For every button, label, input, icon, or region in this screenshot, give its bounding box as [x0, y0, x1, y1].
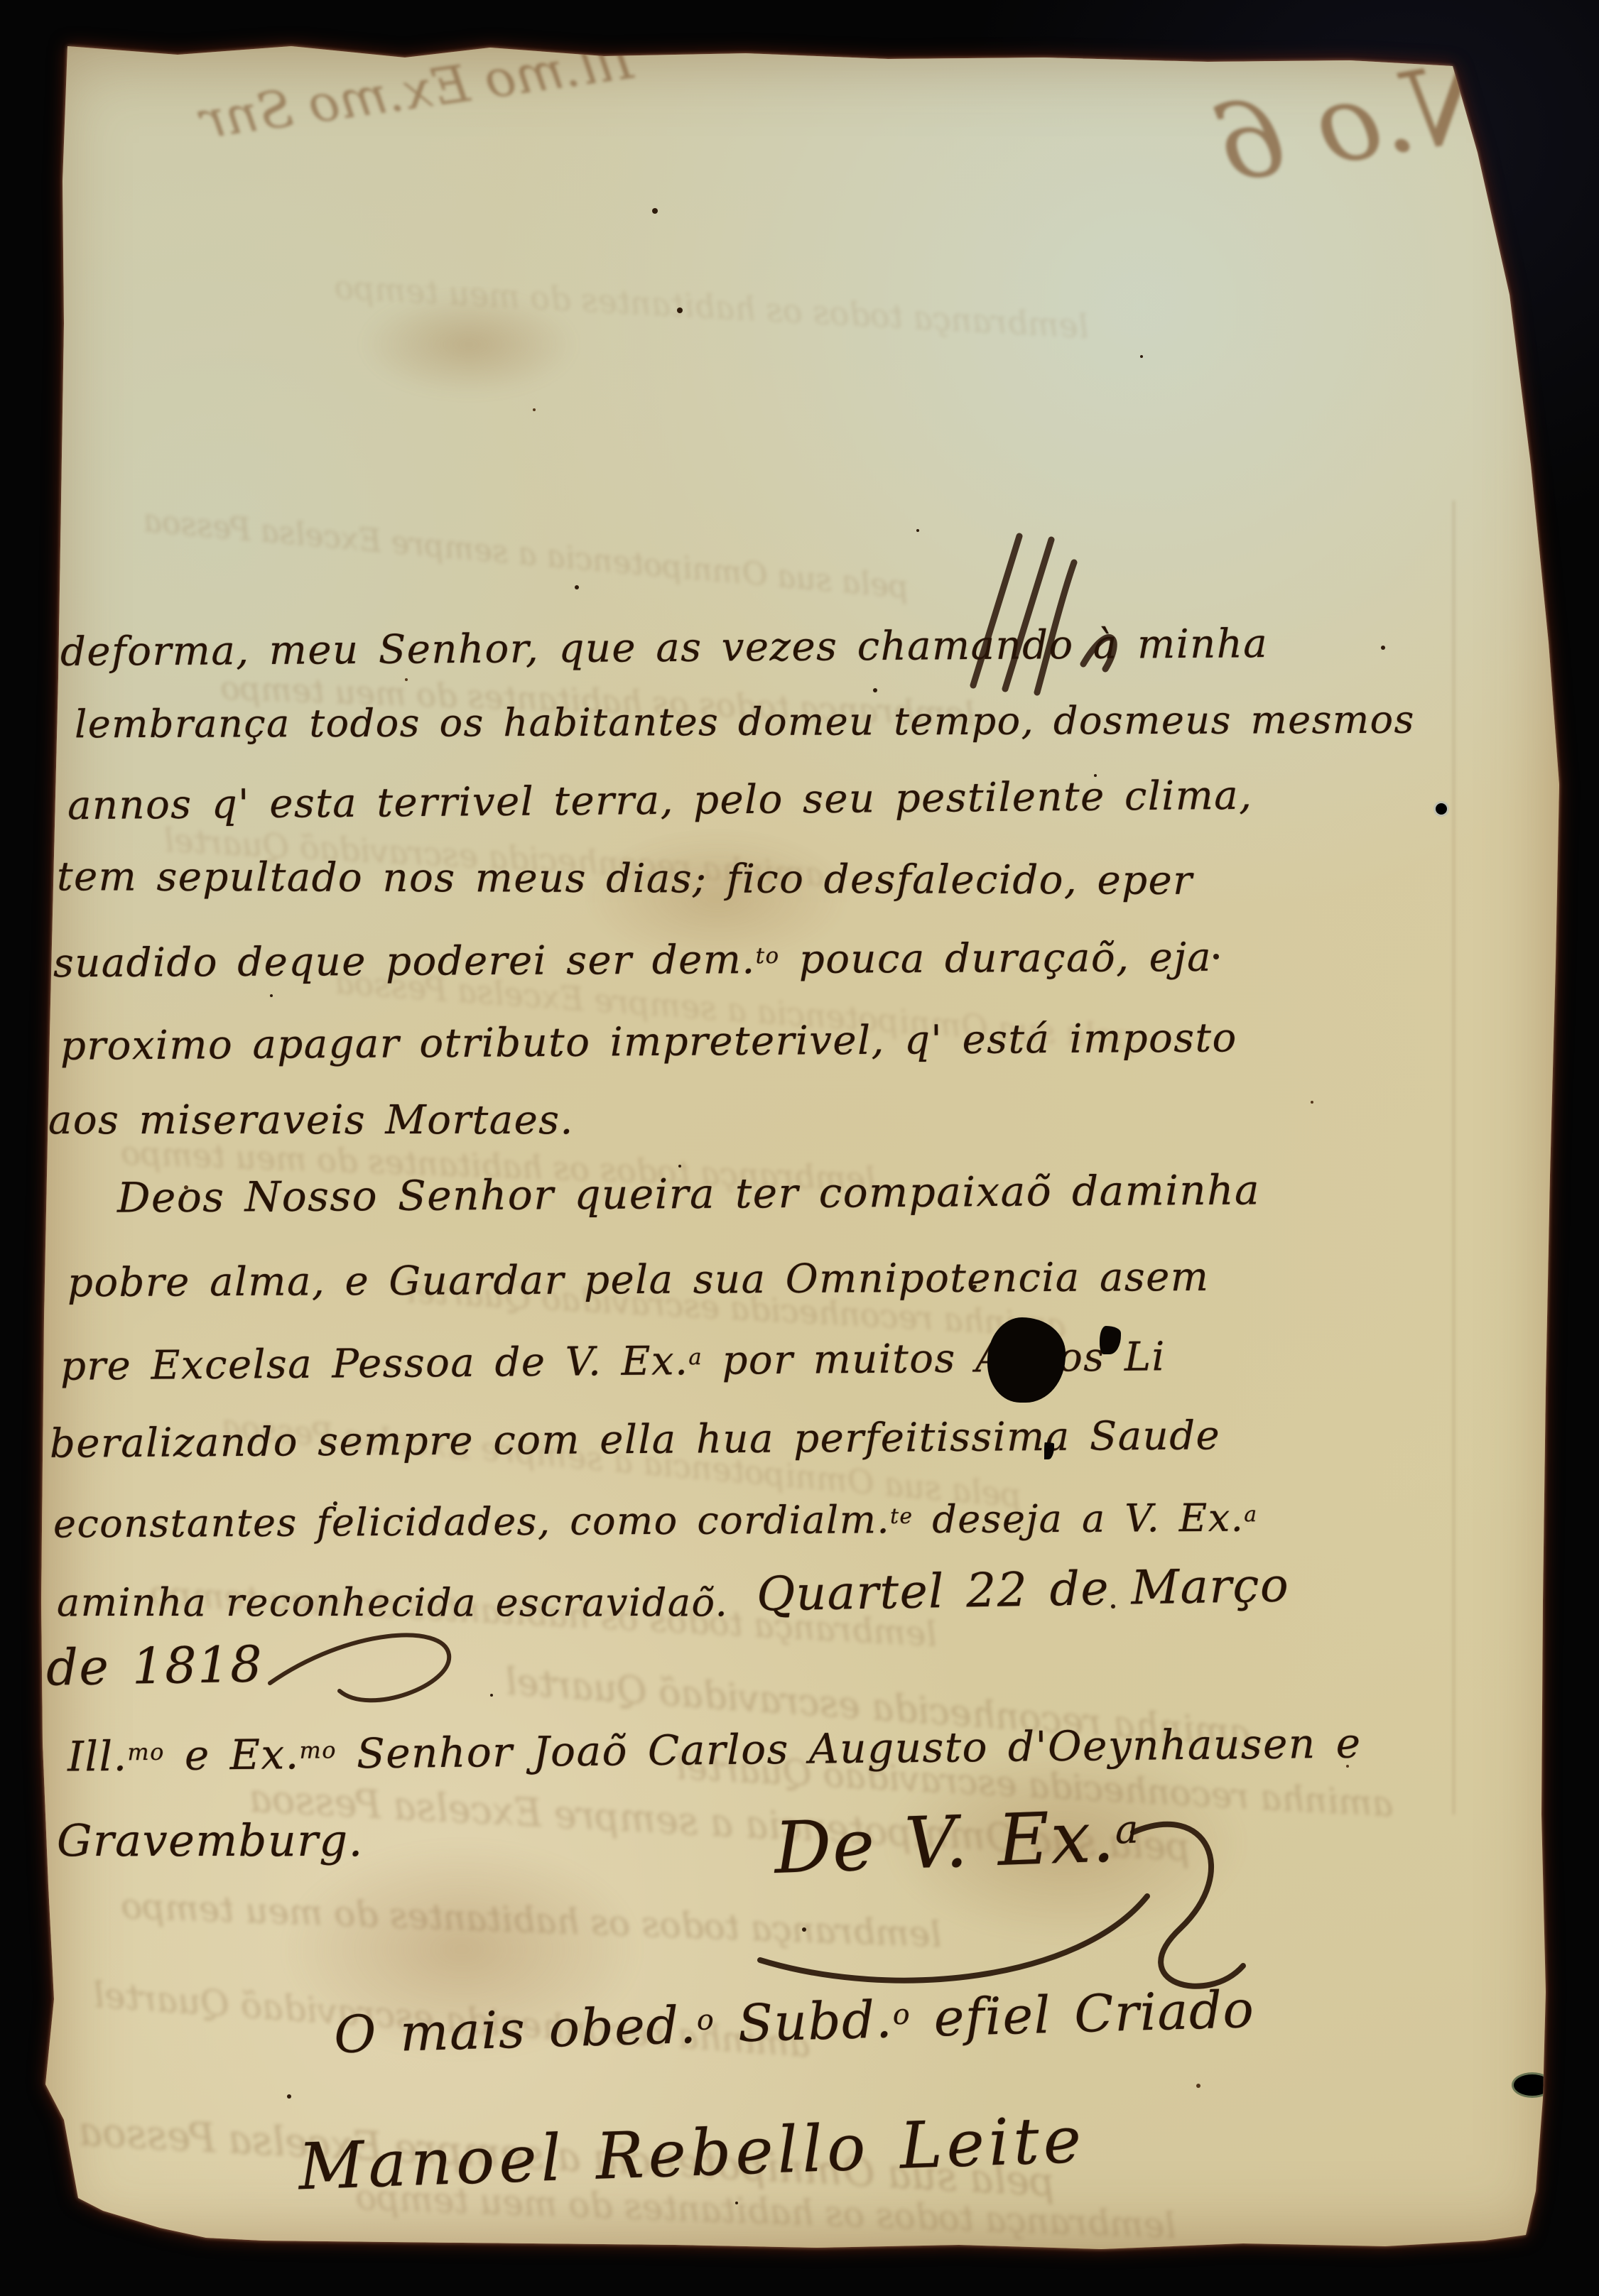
line-text: aminha reconhecida escravidaõ. — [57, 1580, 728, 1625]
letter-line: pobre alma, e Guardar pela sua Omnipoten… — [67, 1254, 1210, 1306]
photo-background: Ill.mo Ex.mo Snr N.o 6 lembrança todos o… — [0, 0, 1599, 2296]
letter-line: econstantes felicidades, como cordialm.t… — [53, 1496, 1258, 1547]
paper-crease — [1453, 501, 1455, 1815]
bleedthrough-line: lembrança todos os habitantes do meu tem… — [333, 268, 1090, 346]
line-text: Manoel Rebello Leite — [298, 2103, 1087, 2205]
superscript-abbrev: a — [1115, 1806, 1141, 1852]
line-text: Quartel 22 de Março — [756, 1557, 1289, 1621]
line-text: econstantes felicidades, como cordialm. — [53, 1497, 890, 1546]
line-text: Senhor Joaõ Carlos Augusto d'Oeynhausen … — [337, 1719, 1362, 1778]
bleedthrough-number-mark: N.o 6 — [1206, 36, 1509, 207]
paper-pinhole — [1433, 801, 1449, 817]
pen-stroke-flourish — [952, 518, 1151, 717]
line-text: aos miseraveis Mortaes. — [48, 1097, 574, 1143]
addressee-line: Gravemburg. — [57, 1815, 364, 1866]
line-text: e Ex. — [165, 1730, 300, 1780]
letter-line: Deos Nosso Senhor queira ter compaixaõ d… — [117, 1165, 1261, 1222]
line-text: tem sepultado nos meus dias; fico desfal… — [57, 854, 1193, 904]
line-text: annos q' esta terrivel terra, pelo seu p… — [67, 773, 1253, 829]
superscript-abbrev: o — [892, 1998, 911, 2032]
letter-line: proximo apagar otributo impreterivel, q'… — [60, 1015, 1237, 1070]
line-text: O mais obed. — [333, 1995, 698, 2064]
line-text: proximo apagar otributo impreterivel, q'… — [60, 1015, 1237, 1070]
paper-shadow-wrap: Ill.mo Ex.mo Snr N.o 6 lembrança todos o… — [0, 0, 1599, 2296]
line-text: pre Excelsa Pessoa de V. Ex. — [60, 1338, 689, 1390]
flourish-after-date — [263, 1623, 561, 1729]
foxing-specks — [36, 39, 38, 42]
ink-blot — [987, 1317, 1066, 1403]
superscript-abbrev: to — [756, 943, 780, 969]
bleedthrough-line: lembrança todos os habitantes do meu tem… — [120, 1886, 942, 1955]
superscript-abbrev: mo — [299, 1736, 337, 1764]
line-text: por muitos Annos Li — [703, 1334, 1166, 1384]
superscript-abbrev: o — [696, 2003, 715, 2037]
letter-line: beralizando sempre com ella hua perfeiti… — [50, 1413, 1221, 1467]
valediction-devex: De V. Ex.a — [773, 1794, 1141, 1890]
letter-paper: Ill.mo Ex.mo Snr N.o 6 lembrança todos o… — [36, 39, 1570, 2258]
line-text: Subd. — [714, 1989, 894, 2054]
superscript-abbrev: a — [688, 1344, 703, 1370]
letter-line: lembrança todos os habitantes domeu temp… — [75, 697, 1415, 747]
dateline-year: de 1818 — [45, 1635, 264, 1697]
line-text: deforma, meu Senhor, que as vezes chaman… — [60, 621, 1269, 675]
line-text: suadido deque poderei ser dem. — [53, 937, 756, 986]
line-text: pouca duraçaõ, eja — [779, 935, 1212, 983]
line-text: beralizando sempre com ella hua perfeiti… — [50, 1413, 1221, 1467]
paper-hole — [1512, 2072, 1553, 2098]
bleedthrough-inscription: Ill.mo Ex.mo Snr — [197, 31, 636, 150]
line-text: de 1818 — [45, 1635, 264, 1697]
superscript-abbrev: mo — [127, 1739, 165, 1766]
addressee-line: Ill.mo e Ex.mo Senhor Joaõ Carlos August… — [67, 1719, 1362, 1780]
bleedthrough-line: pela sua Omnipotencia a sempre Excelsa P… — [142, 503, 911, 606]
line-text: pobre alma, e Guardar pela sua Omnipoten… — [67, 1254, 1210, 1306]
line-text: lembrança todos os habitantes domeu temp… — [75, 697, 1415, 747]
line-text: De V. Ex. — [773, 1795, 1117, 1890]
superscript-abbrev: te — [890, 1504, 914, 1529]
superscript-abbrev: a — [1244, 1502, 1257, 1527]
letter-line: annos q' esta terrivel terra, pelo seu p… — [67, 773, 1253, 829]
line-text: Ill. — [67, 1732, 128, 1781]
closing-line: O mais obed.o Subd.o efiel Criado — [333, 1979, 1255, 2064]
letter-line: suadido deque poderei ser dem.to pouca d… — [53, 935, 1212, 987]
line-text: efiel Criado — [910, 1979, 1255, 2048]
letter-line: aminha reconhecida escravidaõ. — [57, 1580, 728, 1625]
letter-line: tem sepultado nos meus dias; fico desfal… — [57, 854, 1193, 904]
signature: Manoel Rebello Leite — [298, 2103, 1087, 2205]
line-text: Deos Nosso Senhor queira ter compaixaõ d… — [117, 1165, 1261, 1222]
line-text: Gravemburg. — [57, 1815, 364, 1866]
letter-line: aos miseraveis Mortaes. — [48, 1097, 574, 1143]
stain-smudge — [320, 273, 618, 415]
letter-line: deforma, meu Senhor, que as vezes chaman… — [60, 621, 1269, 675]
dateline-place: Quartel 22 de Março — [756, 1557, 1289, 1621]
line-text: deseja a V. Ex. — [913, 1496, 1244, 1542]
